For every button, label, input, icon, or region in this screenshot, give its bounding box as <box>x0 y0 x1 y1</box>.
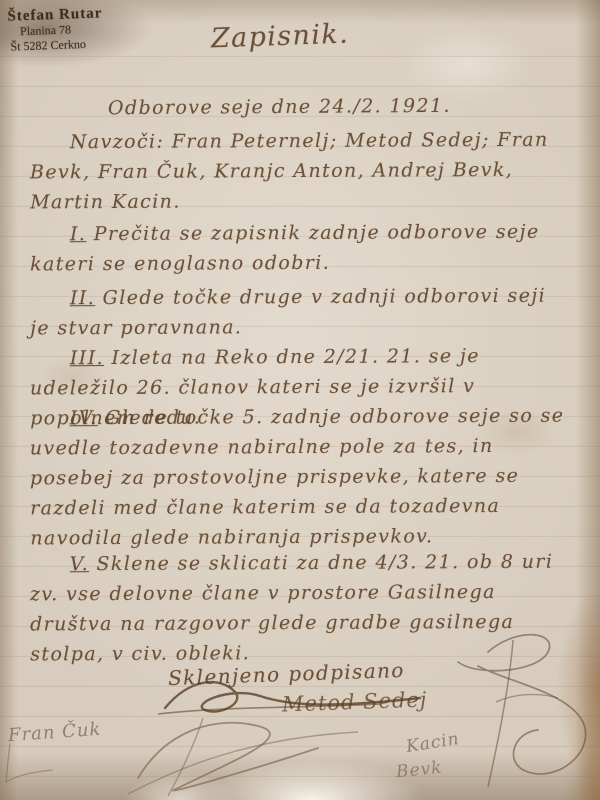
scanned-minutes-page: Štefan Rutar Planina 78 Št 5282 Cerkno Z… <box>0 0 600 800</box>
item-1: I. Prečita se zapisnik zadnje odborove s… <box>30 217 572 280</box>
signature-metod-sedej: Metod Sedej <box>282 687 428 716</box>
item-4: IV. Glede točke 5. zadnje odborove seje … <box>30 401 573 554</box>
item-2-numeral: II. <box>70 287 95 309</box>
signature-kacin: Kacin <box>405 729 461 757</box>
attendees-paragraph: Navzoči: Fran Peternelj; Metod Sedej; Fr… <box>30 125 572 218</box>
meeting-heading: Odborove seje dne 24./2. 1921. <box>108 91 451 123</box>
signature-flourish-kranjc <box>108 708 378 800</box>
signature-bevk: Bevk <box>395 758 443 783</box>
item-4-numeral: IV. <box>70 407 98 429</box>
item-2: II. Glede točke druge v zadnji odborovi … <box>30 281 572 344</box>
item-5-numeral: V. <box>70 553 89 575</box>
item-5: V. Sklene se sklicati za dne 4/3. 21. ob… <box>30 547 573 670</box>
item-5-text: Sklene se sklicati za dne 4/3. 21. ob 8 … <box>30 551 554 666</box>
signature-fran-cuk: Fran Čuk <box>7 719 102 746</box>
item-2-text: Glede točke druge v zadnji odborovi seji… <box>30 285 546 340</box>
item-1-numeral: I. <box>70 223 86 245</box>
item-4-text: Glede točke 5. zadnje odborove seje so s… <box>30 405 565 550</box>
item-1-text: Prečita se zapisnik zadnje odborove seje… <box>30 221 540 276</box>
item-3-numeral: III. <box>70 347 104 369</box>
